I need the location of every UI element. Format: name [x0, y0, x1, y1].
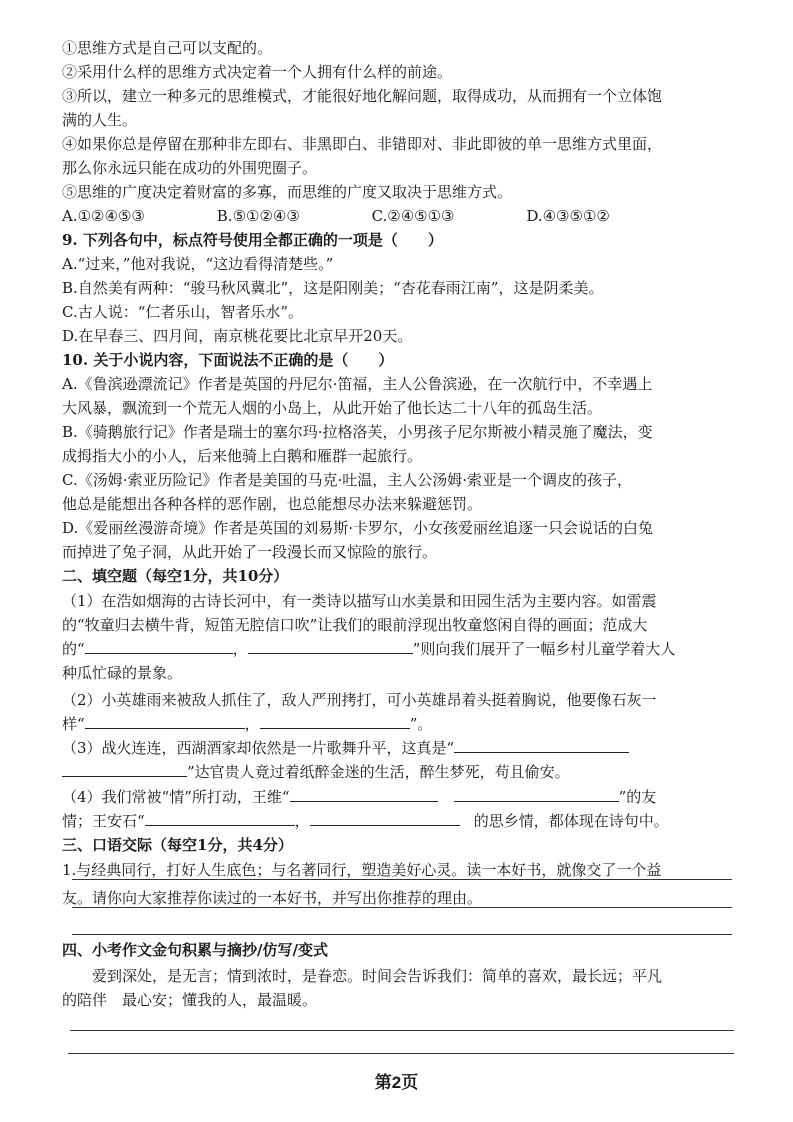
fill-4-line-1: （4）我们常被“情”所打动，王维“”的友: [62, 787, 656, 807]
oral-question-line-2: 友。请你向大家推荐你读过的一本好书，并写出你推荐的理由。: [62, 888, 482, 908]
q8-options: A.①②④⑤③ B.⑤①②④③ C.②④⑤①③ D.④③⑤①②: [62, 206, 610, 226]
fill-2-suffix: ”。: [410, 715, 433, 733]
fill-4-blank-2[interactable]: [454, 787, 619, 802]
q10-stem: 10. 关于小说内容，下面说法不正确的是（ ）: [62, 350, 393, 370]
fill-4b-comma: ，: [295, 812, 310, 830]
fill-1-blank-1[interactable]: [85, 639, 233, 654]
fill-1-suffix: ”则向我们展开了一幅乡村儿童学着大人: [413, 640, 676, 658]
copy-line-1[interactable]: [70, 1030, 734, 1031]
fill-4-blank-3[interactable]: [145, 811, 295, 826]
q10-option-d[interactable]: D.《爱丽丝漫游奇境》作者是英国的刘易斯·卡罗尔，小女孩爱丽丝追逐一只会说话的白…: [62, 518, 653, 538]
q10-option-a[interactable]: A.《鲁滨逊漂流记》作者是英国的丹尼尔·笛福，主人公鲁滨逊，在一次航行中，不幸遇…: [62, 374, 652, 394]
q10-option-b[interactable]: B.《骑鹅旅行记》作者是瑞士的塞尔玛·拉格洛芙，小男孩子尼尔斯被小精灵施了魔法，…: [62, 422, 653, 442]
fill-2-blank-2[interactable]: [260, 714, 410, 729]
fill-1-prefix: 的“: [62, 640, 85, 658]
q8-option-c[interactable]: C.②④⑤①③: [372, 206, 522, 226]
fill-1-line-3: 的“，”则向我们展开了一幅乡村儿童学着大人: [62, 639, 675, 659]
fill-1-blank-2[interactable]: [248, 639, 413, 654]
fill-1-line-4: 种瓜忙碌的景象。: [62, 663, 182, 683]
q8-option-d[interactable]: D.④③⑤①②: [526, 206, 610, 226]
fill-3-line-1: （3）战火连连，西湖酒家却依然是一片歌舞升平，这真是“: [62, 738, 629, 758]
q8-statement-3-cont: 满的人生。: [62, 110, 137, 130]
q10-option-c[interactable]: C.《汤姆·索亚历险记》作者是美国的马克·吐温，主人公汤姆·索亚是一个调皮的孩子…: [62, 470, 632, 490]
fill-1-line-1: （1）在浩如烟海的古诗长河中，有一类诗以描写山水美景和田园生活为主要内容。如雷震: [62, 591, 657, 611]
q10-option-b-cont: 成拇指大小的小人，后来他骑上白鹅和雁群一起旅行。: [62, 446, 422, 466]
q9-stem: 9. 下列各句中，标点符号使用全都正确的一项是（ ）: [62, 230, 443, 250]
page-number: 第2页: [0, 1068, 793, 1093]
fill-3-blank-1[interactable]: [454, 738, 629, 753]
fill-4b-prefix: 情；王安石“: [62, 812, 145, 830]
oral-question-line-1: 1.与经典同行，打好人生底色；与名著同行，塑造美好心灵。读一本好书，就像交了一个…: [62, 860, 661, 880]
q8-statement-3: ③所以，建立一种多元的思维模式，才能很好地化解问题，取得成功，从而拥有一个立体饱: [62, 86, 662, 106]
q9-option-c[interactable]: C.古人说：“仁者乐山，智者乐水”。: [62, 302, 303, 322]
q8-statement-4-cont: 那么你永远只能在成功的外围兜圈子。: [62, 158, 317, 178]
q9-option-a[interactable]: A.“过来，”他对我说，“这边看得清楚些。”: [62, 254, 333, 274]
fill-3-suffix: ”达官贵人竟过着纸醉金迷的生活，醉生梦死，苟且偷安。: [187, 763, 570, 781]
fill-4-suffix: ”的友: [619, 788, 657, 806]
fill-4-line-2: 情；王安石“，的思乡情，都体现在诗句中。: [62, 811, 669, 831]
fill-3-line-2: ”达官贵人竟过着纸醉金迷的生活，醉生梦死，苟且偷安。: [62, 762, 570, 782]
q9-option-d[interactable]: D.在早春三、四月间，南京桃花要比北京早开20天。: [62, 326, 412, 346]
fill-3-prefix: （3）战火连连，西湖酒家却依然是一片歌舞升平，这真是“: [62, 739, 454, 757]
quote-line-2: 的陪伴 最心安；懂我的人，最温暖。: [62, 990, 317, 1010]
fill-4-blank-1[interactable]: [290, 787, 438, 802]
fill-1-line-2: 的“牧童归去横牛背，短笛无腔信口吹”让我们的眼前浮现出牧童悠闲自得的画面；范成大: [62, 615, 647, 635]
fill-2-blank-1[interactable]: [85, 714, 245, 729]
q8-statement-5: ⑤思维的广度决定着财富的多寡，而思维的广度又取决于思维方式。: [62, 182, 512, 202]
q8-option-a[interactable]: A.①②④⑤③: [62, 206, 212, 226]
section-4-heading: 四、小考作文金句积累与摘抄/仿写/变式: [62, 940, 328, 960]
answer-line-3[interactable]: [72, 934, 732, 935]
q9-option-b[interactable]: B.自然美有两种：“骏马秋风冀北”，这是阳刚美；“杏花春雨江南”，这是阴柔美。: [62, 278, 603, 298]
q10-option-c-cont: 他总是能想出各种各样的恶作剧，也总能想尽办法来躲避惩罚。: [62, 494, 482, 514]
fill-2-line-2: 样“，”。: [62, 714, 432, 734]
quote-line-1: 爱到深处，是无言；情到浓时，是眷恋。时间会告诉我们：简单的喜欢，最长远；平凡: [92, 966, 662, 986]
answer-line-1[interactable]: [72, 879, 732, 880]
fill-4b-suffix: 的思乡情，都体现在诗句中。: [474, 812, 669, 830]
fill-4-prefix: （4）我们常被“情”所打动，王维“: [62, 788, 290, 806]
section-3-heading: 三、口语交际（每空1分，共4分）: [62, 835, 293, 855]
section-2-heading: 二、填空题（每空1分，共10分）: [62, 566, 288, 586]
fill-2-prefix: 样“: [62, 715, 85, 733]
copy-line-2[interactable]: [68, 1053, 734, 1054]
fill-2-line-1: （2）小英雄雨来被敌人抓住了，敌人严刑拷打，可小英雄昂着头挺着胸说，他要像石灰一: [62, 690, 657, 710]
q8-statement-2: ②采用什么样的思维方式决定着一个人拥有什么样的前途。: [62, 62, 452, 82]
answer-line-2[interactable]: [72, 907, 732, 908]
fill-1-comma: ，: [233, 640, 248, 658]
q10-option-d-cont: 而掉进了兔子洞，从此开始了一段漫长而又惊险的旅行。: [62, 542, 437, 562]
fill-4-blank-4[interactable]: [310, 811, 460, 826]
q10-option-a-cont: 大风暴，飘流到一个荒无人烟的小岛上，从此开始了他长达二十八年的孤岛生活。: [62, 398, 602, 418]
q8-statement-4: ④如果你总是停留在那种非左即右、非黑即白、非错即对、非此即彼的单一思维方式里面，: [62, 134, 662, 154]
q8-statement-1: ①思维方式是自己可以支配的。: [62, 38, 272, 58]
fill-3-blank-2[interactable]: [62, 762, 187, 777]
q8-option-b[interactable]: B.⑤①②④③: [217, 206, 367, 226]
fill-2-comma: ，: [245, 715, 260, 733]
